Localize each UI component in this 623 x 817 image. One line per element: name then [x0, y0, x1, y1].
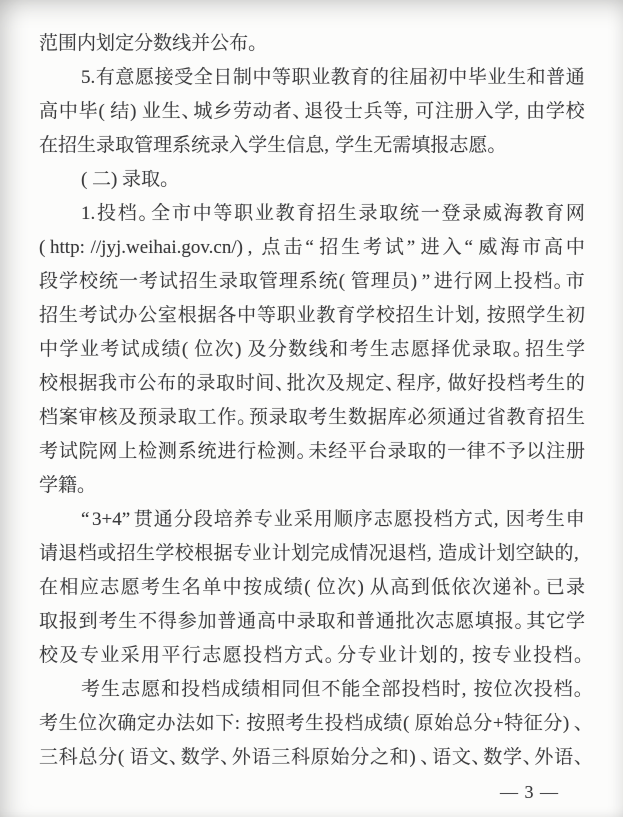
punctuation: (	[304, 571, 315, 605]
punctuation: )	[111, 163, 122, 197]
punctuation: 。	[554, 265, 565, 299]
punctuation: )	[409, 741, 420, 775]
punctuation: 。	[533, 571, 544, 605]
punctuation: 、	[169, 741, 180, 775]
text-line: (二)录取。	[39, 163, 585, 197]
punctuation: :	[235, 707, 246, 741]
punctuation: 。	[513, 333, 524, 367]
punctuation: 。	[138, 197, 149, 231]
punctuation: ,	[574, 537, 585, 571]
punctuation: 。	[515, 605, 526, 639]
punctuation: “	[81, 503, 92, 537]
text-line: 范围内划定分数线并公布。	[39, 27, 585, 61]
punctuation: ”	[122, 503, 133, 537]
punctuation: 。	[160, 163, 171, 197]
punctuation: “	[464, 231, 475, 265]
punctuation: ,	[475, 299, 486, 333]
punctuation: 、	[292, 95, 303, 129]
punctuation: 。	[77, 469, 88, 503]
text-line: 招生考试办公室根据各中等职业教育学校招生计划,按照学生初	[39, 299, 585, 333]
punctuation: 。	[487, 129, 498, 163]
punctuation: (	[98, 95, 109, 129]
punctuation: (	[182, 333, 193, 367]
text-line: 高中毕(结)业生、城乡劳动者、退役士兵等,可注册入学,由学校	[39, 95, 585, 129]
punctuation: ,	[427, 537, 438, 571]
punctuation: ,	[403, 95, 414, 129]
punctuation: (	[118, 741, 129, 775]
text-line: 中学业考试成绩(位次)及分数线和考生志愿择优录取。招生学	[39, 333, 585, 367]
text-line: 取报到考生不得参加普通高中录取和普通批次志愿填报。其它学	[39, 605, 585, 639]
punctuation: 、	[385, 367, 396, 401]
punctuation: )	[563, 707, 574, 741]
punctuation: 。	[574, 639, 585, 673]
punctuation: 、	[220, 741, 231, 775]
punctuation: )	[235, 333, 246, 367]
text-line: “3+4”贯通分段培养专业采用顺序志愿投档方式,因考生申	[39, 503, 585, 537]
punctuation: “	[305, 231, 316, 265]
text-line: 档案审核及预录取工作。预录取考生数据库必须通过省教育招生	[39, 401, 585, 435]
punctuation: (	[81, 163, 92, 197]
punctuation: 、	[574, 741, 585, 775]
punctuation: 、	[275, 367, 286, 401]
punctuation: 。	[248, 27, 259, 61]
text-line: 在招生录取管理系统录入学生信息,学生无需填报志愿。	[39, 129, 585, 163]
text-line: 5.有意愿接受全日制中等职业教育的往届初中毕业生和普通	[39, 61, 585, 95]
punctuation: 。	[574, 673, 585, 707]
punctuation: 。	[237, 401, 248, 435]
punctuation: ,	[460, 639, 471, 673]
text-line: 段学校统一考试招生录取管理系统(管理员)”进行网上投档。市	[39, 265, 585, 299]
text-line: 请退档或招生学校根据专业计划完成情况退档,造成计划空缺的,	[39, 537, 585, 571]
text-line: 1.投档。全市中等职业教育招生录取统一登录威海教育网	[39, 197, 585, 231]
scanned-document-page: 范围内划定分数线并公布。5.有意愿接受全日制中等职业教育的往届初中毕业生和普通高…	[0, 0, 623, 817]
punctuation: )	[358, 571, 369, 605]
text-line: (http://jyj.weihai.gov.cn/),点击“招生考试”进入“威…	[39, 231, 585, 265]
punctuation: ,	[494, 503, 505, 537]
text-line: 三科总分(语文、数学、外语三科原始分之和)、语文、数学、外语、	[39, 741, 585, 775]
text-line: 校及专业采用平行志愿投档方式。分专业计划的,按专业投档。	[39, 639, 585, 673]
punctuation: 、	[523, 741, 534, 775]
punctuation: ”	[422, 265, 433, 299]
punctuation: 、	[420, 741, 431, 775]
page-number: — 3 —	[500, 780, 559, 804]
text-line: 考生志愿和投档成绩相同但不能全部投档时,按位次投档。	[39, 673, 585, 707]
punctuation: ,	[324, 129, 335, 163]
text-line: 考试院网上检测系统进行检测。未经平台录取的一律不予以注册	[39, 435, 585, 469]
text-line: 考生位次确定办法如下:按照考生投档成绩(原始总分+特征分)、	[39, 707, 585, 741]
punctuation: 。	[297, 435, 308, 469]
punctuation: ,	[248, 231, 259, 265]
punctuation: )	[411, 265, 422, 299]
punctuation: (	[403, 707, 414, 741]
punctuation: 、	[182, 95, 193, 129]
punctuation: 。	[325, 639, 336, 673]
text-line: 在相应志愿考生名单中按成绩(位次)从高到低依次递补。已录	[39, 571, 585, 605]
text-line: 学籍。	[39, 469, 585, 503]
punctuation: )	[237, 231, 248, 265]
punctuation: ”	[407, 231, 418, 265]
document-lines: 范围内划定分数线并公布。5.有意愿接受全日制中等职业教育的往届初中毕业生和普通高…	[39, 27, 585, 775]
punctuation: :	[80, 231, 91, 265]
text-line: 校根据我市公布的录取时间、批次及规定、程序,做好投档考生的	[39, 367, 585, 401]
punctuation: )	[130, 95, 141, 129]
punctuation: (	[339, 265, 350, 299]
punctuation: 、	[472, 741, 483, 775]
punctuation: ,	[514, 95, 525, 129]
punctuation: ,	[436, 367, 447, 401]
punctuation: ,	[462, 673, 473, 707]
punctuation: 、	[574, 707, 585, 741]
punctuation: (	[39, 231, 50, 265]
